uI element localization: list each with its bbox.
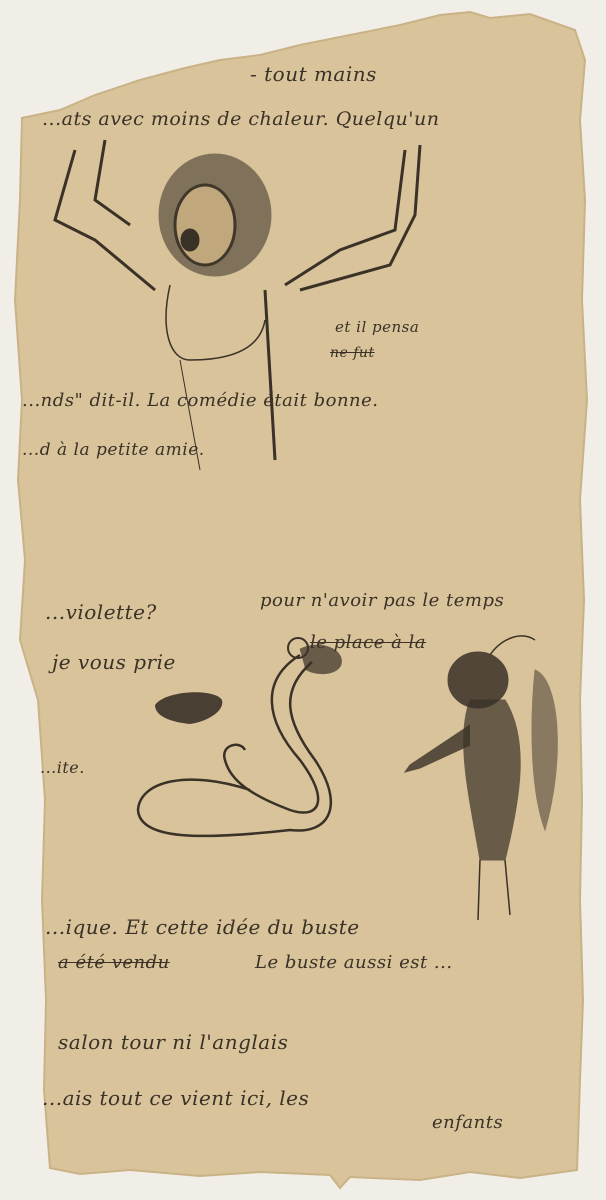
handwriting-line: ...d à la petite amie. (22, 440, 205, 460)
handwriting-line: salon tour ni l'anglais (58, 1030, 288, 1054)
handwriting-line: enfants (432, 1112, 503, 1133)
handwriting-line: ...violette? (45, 600, 157, 624)
handwriting-line: ...ite. (40, 758, 85, 777)
handwriting-line: ...ats avec moins de chaleur. Quelqu'un (42, 108, 439, 130)
handwriting-line: Le buste aussi est ... (255, 952, 453, 973)
handwriting-line: et il pensa (335, 318, 419, 336)
handwriting-line: - tout mains (250, 62, 377, 86)
handwriting-struck: ne fut (330, 345, 375, 361)
handwriting-line: ...ique. Et cette idée du buste (45, 915, 360, 939)
manuscript-sheet: - tout mains ...ats avec moins de chaleu… (0, 0, 606, 1200)
handwriting-line: je vous prie (52, 650, 176, 674)
handwriting-line: ...nds" dit-il. La comédie était bonne. (22, 390, 379, 411)
handwriting-line: ...ais tout ce vient ici, les (42, 1086, 309, 1110)
handwriting-struck: a été vendu (58, 952, 170, 973)
handwriting-line: pour n'avoir pas le temps (260, 590, 504, 611)
handwriting-struck: le place à la (310, 632, 426, 653)
